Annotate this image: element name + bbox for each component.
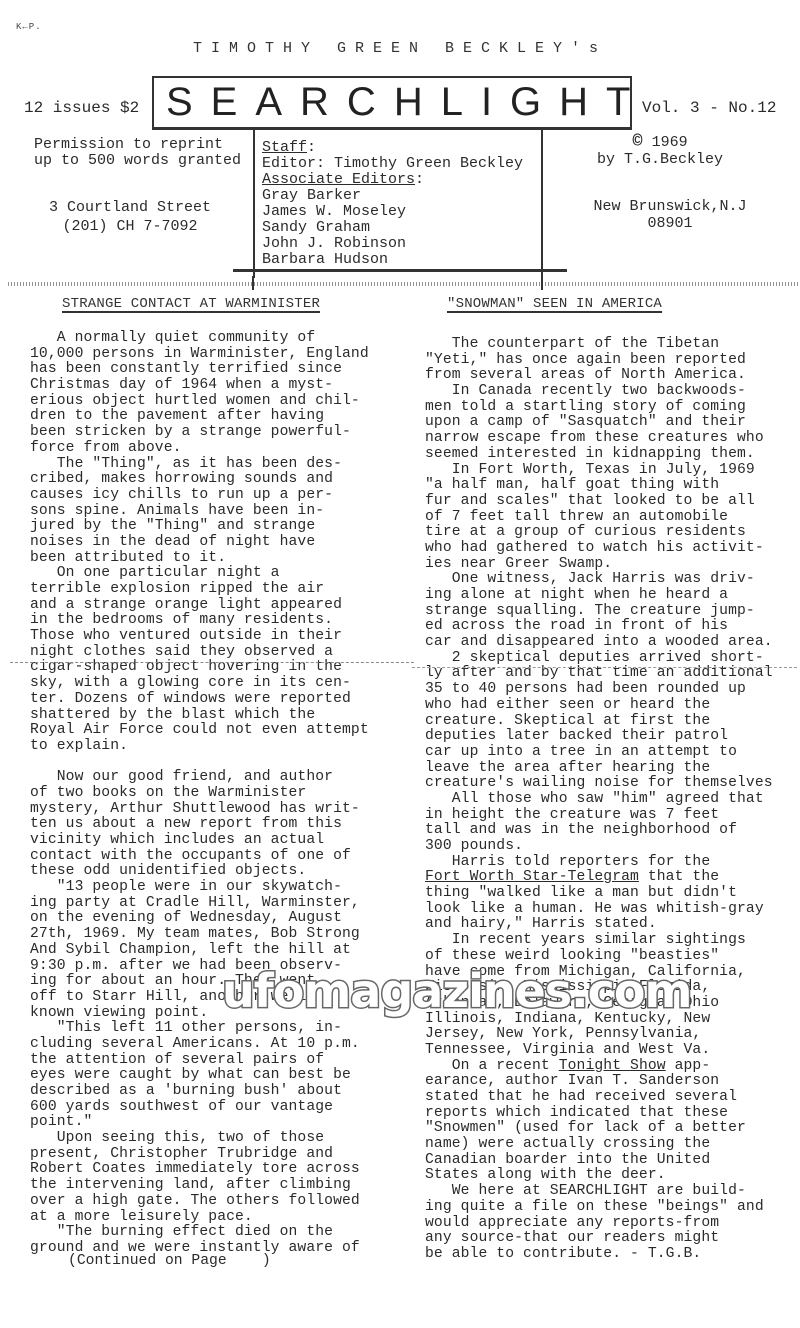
text-line: look like a human. He was whitish-gray xyxy=(425,902,773,918)
article-body-warminster: A normally quiet community of10,000 pers… xyxy=(30,331,369,1257)
associate-heading: Associate Editors: xyxy=(262,172,523,188)
divider-tick xyxy=(252,276,254,290)
text-line: of these weird looking "beasties" xyxy=(425,949,773,965)
text-line: vicinity which includes an actual xyxy=(30,833,369,849)
zip-code: 08901 xyxy=(560,215,780,232)
text-line: fur and scales" that looked to be all xyxy=(425,494,773,510)
text-line: Robert Coates immediately tore across xyxy=(30,1162,369,1178)
text-line: thing "walked like a man but didn't xyxy=(425,886,773,902)
underlined-title: Tonight Show xyxy=(559,1058,666,1074)
staff-box-rule xyxy=(233,269,567,272)
text-line: who had either seen or heard the xyxy=(425,698,773,714)
text-line: Now our good friend, and author xyxy=(30,770,369,786)
copyright-year: 1969 xyxy=(652,134,688,151)
text-line: would appreciate any reports-from xyxy=(425,1216,773,1232)
text-line: sons spine. Animals have been in- xyxy=(30,504,369,520)
text-line: cribed, makes horrowing sounds and xyxy=(30,472,369,488)
text-line: described as a 'burning bush' about xyxy=(30,1084,369,1100)
text-line: Harris told reporters for the xyxy=(425,855,773,871)
text-line: erious object hurtled women and chil- xyxy=(30,394,369,410)
text-line: been attributed to it. xyxy=(30,551,369,567)
volume-number: Vol. 3 - No.12 xyxy=(642,99,776,117)
text-line: On one particular night a xyxy=(30,566,369,582)
text-line: 300 pounds. xyxy=(425,839,773,855)
text-line: any source-that our readers might xyxy=(425,1231,773,1247)
text-line: car and disappeared into a wooded area. xyxy=(425,635,773,651)
text-line: ing quite a file on these "beings" and xyxy=(425,1200,773,1216)
text-line: contact with the occupants of one of xyxy=(30,849,369,865)
associate-editor: Gray Barker xyxy=(262,188,523,204)
permission-line: up to 500 words granted xyxy=(34,153,241,169)
text-line: One witness, Jack Harris was driv- xyxy=(425,572,773,588)
associate-editor: John J. Robinson xyxy=(262,236,523,252)
text-line: on the evening of Wednesday, August xyxy=(30,911,369,927)
text-line: seemed interested in kidnapping them. xyxy=(425,447,773,463)
text-line: be able to contribute. - T.G.B. xyxy=(425,1247,773,1263)
text-line: been stricken by a strange powerful- xyxy=(30,425,369,441)
text-line: the intervening land, after climbing xyxy=(30,1178,369,1194)
city-state: New Brunswick,N.J xyxy=(560,198,780,215)
masthead-title: SEARCHLIGHT xyxy=(152,80,632,125)
text-line: dren to the pavement after having xyxy=(30,409,369,425)
text-line: Upon seeing this, two of those xyxy=(30,1131,369,1147)
text-line: ies near Greer Swamp. xyxy=(425,557,773,573)
text-line: The "Thing", as it has been des- xyxy=(30,457,369,473)
article-headline-snowman: "SNOWMAN" SEEN IN AMERICA xyxy=(447,296,662,312)
text-line: The counterpart of the Tibetan xyxy=(425,337,773,353)
text-line: noises in the dead of night have xyxy=(30,535,369,551)
text-line: Royal Air Force could not even attempt xyxy=(30,723,369,739)
text-line: jured by the "Thing" and strange xyxy=(30,519,369,535)
text-line: has been constantly terrified since xyxy=(30,362,369,378)
associate-editor: James W. Moseley xyxy=(262,204,523,220)
text-line: ten us about a new report from this xyxy=(30,817,369,833)
text-line: Fort Worth Star-Telegram that the xyxy=(425,870,773,886)
text-line: in height the creature was 7 feet xyxy=(425,808,773,824)
text-line: On a recent Tonight Show app- xyxy=(425,1059,773,1075)
text-line: In recent years similar sightings xyxy=(425,933,773,949)
subscription-price: 12 issues $2 xyxy=(24,99,139,117)
text-line xyxy=(30,755,369,771)
text-line: ing party at Cradle Hill, Warminster, xyxy=(30,896,369,912)
text-line: shattered by the blast which the xyxy=(30,708,369,724)
staff-list: Staff: Editor: Timothy Green Beckley Ass… xyxy=(262,140,523,268)
continued-notice: (Continued on Page ) xyxy=(68,1253,271,1269)
text-line: strange squalling. The creature jump- xyxy=(425,604,773,620)
text-line: stated that he had received several xyxy=(425,1090,773,1106)
editor-credit: Editor: Timothy Green Beckley xyxy=(262,156,523,172)
text-line: tire at a group of curious residents xyxy=(425,525,773,541)
text-line: of two books on the Warminister xyxy=(30,786,369,802)
text-line: in the bedrooms of many residents. xyxy=(30,613,369,629)
text-line: Those who ventured outside in their xyxy=(30,629,369,645)
scan-artifact-line xyxy=(10,662,414,663)
text-line: mystery, Arthur Shuttlewood has writ- xyxy=(30,802,369,818)
text-line: present, Christopher Trubridge and xyxy=(30,1147,369,1163)
scan-artifact-line xyxy=(412,667,797,668)
publication-location: New Brunswick,N.J 08901 xyxy=(560,198,780,232)
text-line: from several areas of North America. xyxy=(425,368,773,384)
publisher-title: TIMOTHY GREEN BECKLEY's xyxy=(0,40,800,57)
text-line: tall and was in the neighborhood of xyxy=(425,823,773,839)
text-line: 27th, 1969. My team mates, Bob Strong xyxy=(30,927,369,943)
text-line: eyes were caught by what can best be xyxy=(30,1068,369,1084)
text-line: "13 people were in our skywatch- xyxy=(30,880,369,896)
text-line: creature's wailing noise for themselves xyxy=(425,776,773,792)
text-line: of 7 feet tall threw an automobile xyxy=(425,510,773,526)
text-line: these odd unidentified objects. xyxy=(30,864,369,880)
text-line: ly after and by that time an additional xyxy=(425,666,773,682)
text-line: ter. Dozens of windows were reported xyxy=(30,692,369,708)
divider-tick xyxy=(541,276,543,290)
watermark: ufomagazines.com xyxy=(222,964,602,1018)
text-line: 35 to 40 persons had been rounded up xyxy=(425,682,773,698)
corner-mark: K←P. xyxy=(16,22,42,32)
text-line: ing alone at night when he heard a xyxy=(425,588,773,604)
text-line: We here at SEARCHLIGHT are build- xyxy=(425,1184,773,1200)
text-line: And Sybil Champion, left the hill at xyxy=(30,943,369,959)
text-line: All those who saw "him" agreed that xyxy=(425,792,773,808)
text-line: Jersey, New York, Pennsylvania, xyxy=(425,1027,773,1043)
text-line: and hairy," Harris stated. xyxy=(425,917,773,933)
text-line: ed across the road in front of his xyxy=(425,619,773,635)
underlined-title: Fort Worth Star-Telegram xyxy=(425,869,639,885)
text-line: "The burning effect died on the xyxy=(30,1225,369,1241)
text-line: sky, with a glowing core in its cen- xyxy=(30,676,369,692)
text-line: Tennessee, Virginia and West Va. xyxy=(425,1043,773,1059)
text-line: who had gathered to watch his activit- xyxy=(425,541,773,557)
article-body-snowman: The counterpart of the Tibetan"Yeti," ha… xyxy=(425,337,773,1263)
text-line: men told a startling story of coming xyxy=(425,400,773,416)
article-headline-warminster: STRANGE CONTACT AT WARMINISTER xyxy=(62,296,320,312)
text-line: "Snowmen" (used for lack of a better xyxy=(425,1121,773,1137)
copyright-owner: by T.G.Beckley xyxy=(560,151,760,168)
mailing-address: 3 Courtland Street (201) CH 7-7092 xyxy=(30,198,230,236)
text-line: the attention of several pairs of xyxy=(30,1053,369,1069)
text-line: 10,000 persons in Warminister, England xyxy=(30,347,369,363)
text-line: Canadian boarder into the United xyxy=(425,1153,773,1169)
text-line: over a high gate. The others followed xyxy=(30,1194,369,1210)
text-line: 600 yards southwest of our vantage xyxy=(30,1100,369,1116)
text-line: 2 skeptical deputies arrived short- xyxy=(425,651,773,667)
text-line: at a more leisurely pace. xyxy=(30,1210,369,1226)
header-divider xyxy=(8,282,798,286)
associate-editor: Sandy Graham xyxy=(262,220,523,236)
text-line: leave the area after hearing the xyxy=(425,761,773,777)
text-line: States along with the deer. xyxy=(425,1168,773,1184)
text-line: terrible explosion ripped the air xyxy=(30,582,369,598)
text-line: "This left 11 other persons, in- xyxy=(30,1021,369,1037)
text-line: Christmas day of 1964 when a myst- xyxy=(30,378,369,394)
text-line: point." xyxy=(30,1115,369,1131)
text-line: and a strange orange light appeared xyxy=(30,598,369,614)
phone-number: (201) CH 7-7092 xyxy=(30,217,230,236)
text-line: In Canada recently two backwoods- xyxy=(425,384,773,400)
text-line: creature. Skeptical at first the xyxy=(425,714,773,730)
text-line: force from above. xyxy=(30,441,369,457)
text-line: to explain. xyxy=(30,739,369,755)
text-line: upon a camp of "Sasquatch" and their xyxy=(425,415,773,431)
street-address: 3 Courtland Street xyxy=(30,198,230,217)
copyright-notice: © 1969 by T.G.Beckley xyxy=(560,134,760,168)
text-line: car up into a tree in an attempt to xyxy=(425,745,773,761)
permission-line: Permission to reprint xyxy=(34,137,241,153)
text-line: "Yeti," has once again been reported xyxy=(425,353,773,369)
text-line: causes icy chills to run up a per- xyxy=(30,488,369,504)
text-line: A normally quiet community of xyxy=(30,331,369,347)
text-line: reports which indicated that these xyxy=(425,1106,773,1122)
text-line: In Fort Worth, Texas in July, 1969 xyxy=(425,463,773,479)
text-line: "a half man, half goat thing with xyxy=(425,478,773,494)
associate-editor: Barbara Hudson xyxy=(262,252,523,268)
copyright-icon: © xyxy=(632,133,642,152)
text-line: earance, author Ivan T. Sanderson xyxy=(425,1074,773,1090)
text-line: cluding several Americans. At 10 p.m. xyxy=(30,1037,369,1053)
text-line: night clothes said they observed a xyxy=(30,645,369,661)
text-line: name) were actually crossing the xyxy=(425,1137,773,1153)
reprint-permission: Permission to reprint up to 500 words gr… xyxy=(34,137,241,169)
text-line: deputies later backed their patrol xyxy=(425,729,773,745)
staff-heading: Staff: xyxy=(262,140,523,156)
text-line: narrow escape from these creatures who xyxy=(425,431,773,447)
